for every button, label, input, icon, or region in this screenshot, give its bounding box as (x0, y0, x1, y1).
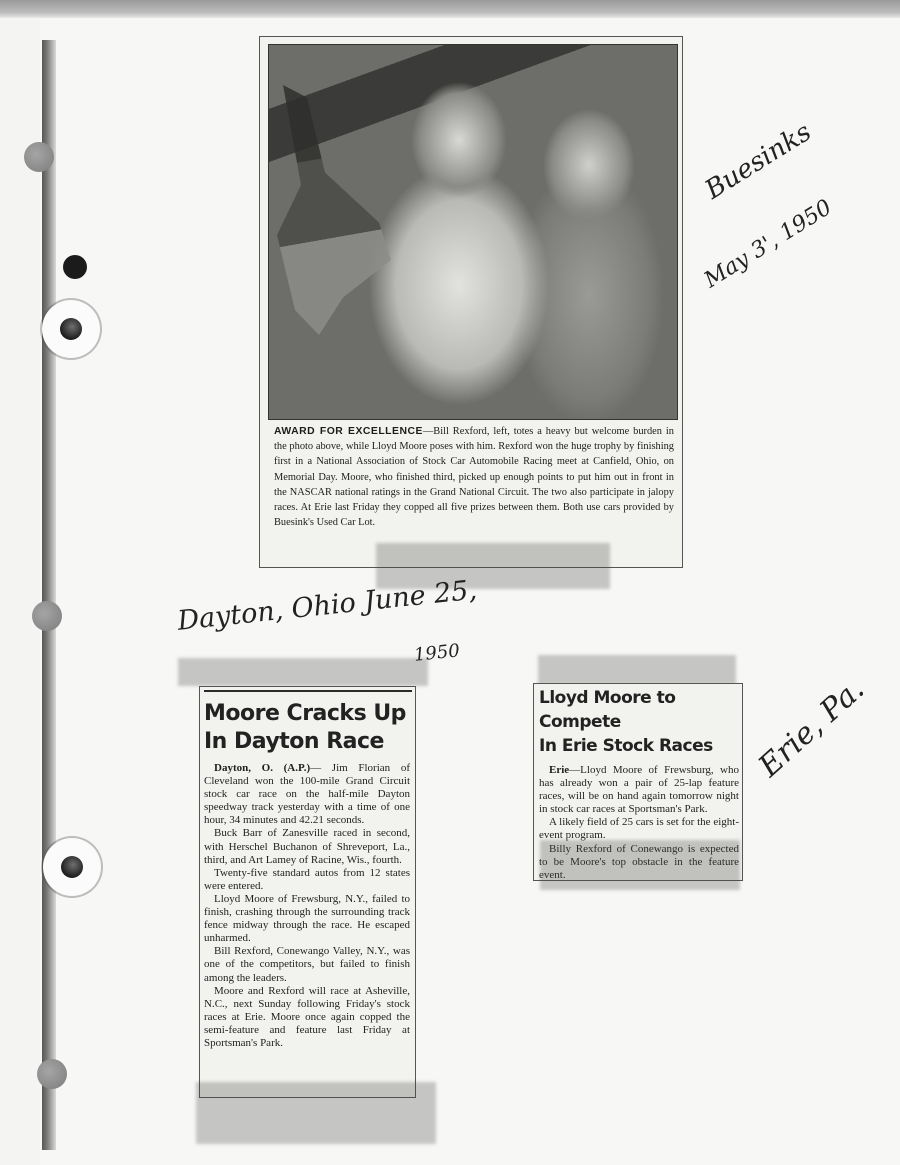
hole-icon (61, 856, 83, 878)
tape-residue (196, 1082, 436, 1144)
paragraph: Erie—Lloyd Moore of Frewsburg, who has a… (539, 764, 739, 816)
binding-spine (42, 40, 56, 1150)
paragraph: Buck Barr of Zanesville raced in second,… (204, 827, 410, 866)
caption-lead: AWARD FOR EXCELLENCE (274, 426, 423, 437)
article-body: Dayton, O. (A.P.)— Jim Florian of Clevel… (204, 762, 410, 1050)
binder-peg (24, 142, 54, 172)
trophy-figure (277, 85, 397, 335)
paragraph: Twenty-five standard autos from 12 state… (204, 867, 410, 893)
article-dayton: Moore Cracks Up In Dayton Race Dayton, O… (204, 700, 410, 1050)
column-rule (204, 690, 412, 692)
reinforced-hole (42, 300, 100, 358)
paragraph: Bill Rexford, Conewango Valley, N.Y., wa… (204, 945, 410, 984)
paragraph: A likely field of 25 cars is set for the… (539, 816, 739, 842)
paragraph: Moore and Rexford will race at Asheville… (204, 985, 410, 1050)
binder-peg (37, 1059, 67, 1089)
photo-caption: AWARD FOR EXCELLENCE—Bill Rexford, left,… (274, 424, 674, 530)
hole-icon (60, 318, 82, 340)
paragraph-text: —Lloyd Moore of Frewsburg, who has alrea… (539, 764, 739, 815)
dateline: Dayton, O. (A.P.) (214, 762, 310, 774)
scan-top-edge (0, 0, 900, 18)
headline-line: In Dayton Race (204, 728, 410, 756)
headline-line: Moore Cracks Up (204, 700, 410, 728)
tape-residue (540, 840, 740, 890)
headline: Moore Cracks Up In Dayton Race (204, 700, 410, 756)
paragraph: Dayton, O. (A.P.)— Jim Florian of Clevel… (204, 762, 410, 827)
tape-residue (178, 658, 428, 686)
paragraph: Lloyd Moore of Frewsburg, N.Y., failed t… (204, 893, 410, 945)
dateline: Erie (549, 764, 569, 776)
headline-line: Lloyd Moore to Compete (539, 686, 739, 734)
news-photo (268, 44, 678, 420)
binder-peg (32, 601, 62, 631)
punch-hole (63, 255, 87, 279)
caption-text: —Bill Rexford, left, totes a heavy but w… (274, 426, 674, 528)
tape-residue (538, 655, 736, 685)
headline: Lloyd Moore to Compete In Erie Stock Rac… (539, 686, 739, 758)
headline-line: In Erie Stock Races (539, 734, 739, 758)
reinforced-hole (43, 838, 101, 896)
